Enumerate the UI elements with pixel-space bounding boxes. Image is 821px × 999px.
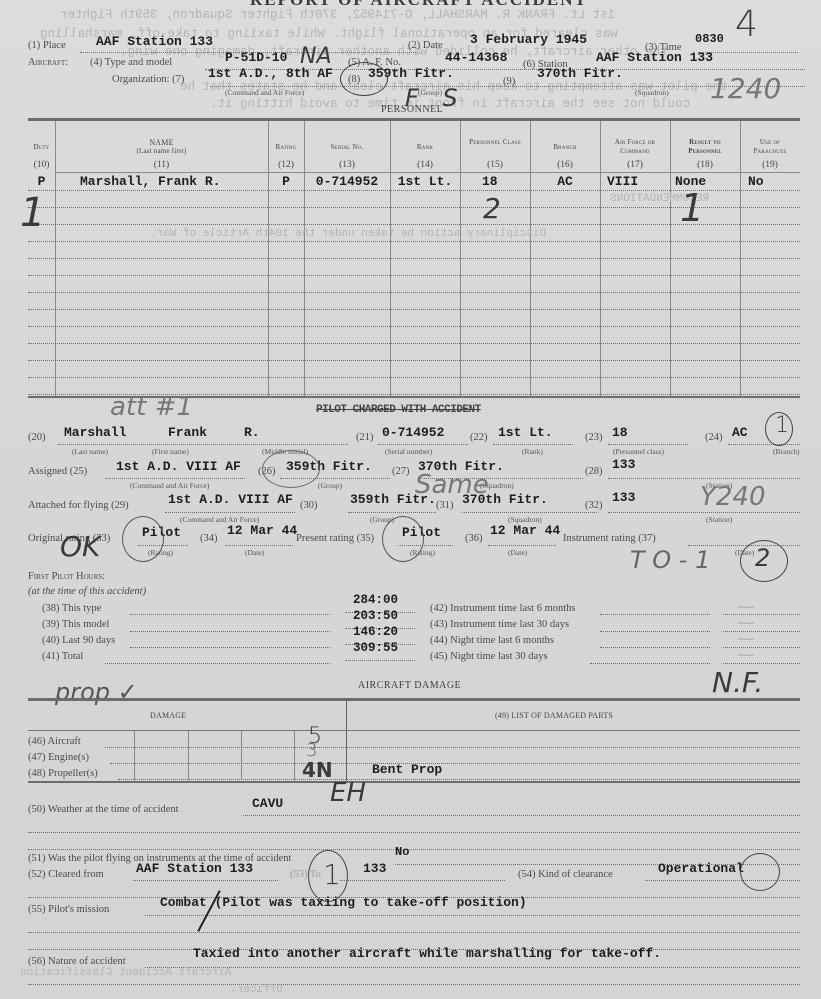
col-personnel-class: Personnel Class xyxy=(465,138,525,147)
organization-label: Organization: (7) xyxy=(112,74,184,85)
col-num: (17) xyxy=(600,160,670,170)
handwritten-rating-circle xyxy=(122,516,164,562)
place-label: (1) Place xyxy=(28,40,66,51)
caption-date: (Date) xyxy=(508,548,527,557)
present-rating-date: 12 Mar 44 xyxy=(490,523,560,538)
pilot-class: 18 xyxy=(612,425,628,440)
attached-label: Attached for flying (29) xyxy=(28,500,129,511)
attached-group: 359th Fitr. xyxy=(350,492,436,507)
col-num: (19) xyxy=(740,160,800,170)
pilot-branch: AC xyxy=(732,425,748,440)
handwritten-prop: prop ✓ xyxy=(55,678,138,706)
col-num: (10) xyxy=(28,160,55,170)
caption-branch: (Branch) xyxy=(773,447,800,456)
cell-name: Marshall, Frank R. xyxy=(80,174,220,189)
handwritten-ok: OK xyxy=(60,530,100,563)
squadron-label: (9) xyxy=(503,76,515,87)
bleed-line: Aircraft Accident Classification xyxy=(20,967,231,979)
caption-date: (Date) xyxy=(245,548,264,557)
nature-value: Taxied into another aircraft while marsh… xyxy=(193,946,661,961)
col-name: NAME xyxy=(55,138,268,147)
assigned-station: 133 xyxy=(612,457,635,472)
handwritten-group-circle xyxy=(340,62,388,96)
assigned-squadron-label: (27) xyxy=(392,466,410,477)
col-duty: Duty xyxy=(28,143,55,152)
cell-duty: P xyxy=(28,174,55,189)
time-value: 0830 xyxy=(695,32,724,46)
present-rating-label: Present rating (35) xyxy=(296,533,374,544)
assigned-label: Assigned (25) xyxy=(28,466,87,477)
cell-serial: 0-714952 xyxy=(304,174,390,189)
hours-label: (39) This model xyxy=(42,619,109,630)
squadron-caption: (Squadron) xyxy=(635,88,669,97)
weather-value: CAVU xyxy=(252,796,283,811)
handwritten-2: 2 xyxy=(755,544,770,572)
original-date-label: (34) xyxy=(200,533,218,544)
attached-squadron: 370th Fitr. xyxy=(462,492,548,507)
handwritten-branch-mark: 1 xyxy=(775,413,789,438)
hours-title: First Pilot Hours: xyxy=(28,571,105,582)
col-branch: Branch xyxy=(530,143,600,152)
weather-label: (50) Weather at the time of accident xyxy=(28,804,179,815)
cleared-from-label: (52) Cleared from xyxy=(28,869,104,880)
af-number-value: 44-14368 xyxy=(445,50,507,65)
pilot-rank: 1st Lt. xyxy=(498,425,553,440)
attached-group-label: (30) xyxy=(300,500,318,511)
cell-branch: AC xyxy=(530,174,600,189)
damage-row-label: (47) Engine(s) xyxy=(28,752,89,763)
hours-label: (45) Night time last 30 days xyxy=(430,651,548,662)
branch-label: (24) xyxy=(705,432,723,443)
hours-subtitle: (at the time of this accident) xyxy=(28,586,146,597)
handwritten-code: 1240 xyxy=(710,72,781,105)
serial-label: (21) xyxy=(356,432,374,443)
damage-section-title: AIRCRAFT DAMAGE xyxy=(358,680,461,691)
pilot-section-title: PILOT CHARGED WITH ACCIDENT xyxy=(316,404,481,416)
type-model-label: (4) Type and model xyxy=(90,57,172,68)
squadron-value: 370th Fitr. xyxy=(537,66,623,81)
aircraft-label: Aircraft: xyxy=(28,57,68,68)
pilot-last-name: Marshall xyxy=(64,425,126,440)
hours-value: 309:55 xyxy=(353,641,398,655)
handwritten-class-mark: 2 xyxy=(483,192,501,225)
personnel-top-rule xyxy=(28,118,800,121)
organization-value: 1st A.D., 8th AF xyxy=(208,66,333,81)
clearance-label: (54) Kind of clearance xyxy=(518,869,613,880)
bleed-line: Officer. xyxy=(230,984,283,996)
damage-row-label: (46) Aircraft xyxy=(28,736,81,747)
cell-parachute: No xyxy=(748,174,764,189)
damage-top-rule xyxy=(28,698,800,701)
col-air-force: Air Force or Command xyxy=(602,138,668,156)
handwritten-weather-mark: EH xyxy=(330,778,366,808)
handwritten-duty-mark: 1 xyxy=(20,190,45,236)
handwritten-group-circle xyxy=(262,450,320,488)
col-parachute: Use of Parachute xyxy=(745,138,795,156)
pilot-row-label: (20) xyxy=(28,432,46,443)
handwritten-to-mark: 1 xyxy=(323,858,341,891)
hours-label: (42) Instrument time last 6 months xyxy=(430,603,576,614)
handwritten-damage-mark: 4N xyxy=(302,758,333,782)
col-num: (14) xyxy=(390,160,460,170)
handwritten-att-note: att #1 xyxy=(110,392,193,422)
col-serial: Serial No. xyxy=(304,143,390,152)
hours-value: 146:20 xyxy=(353,625,398,639)
caption-first-name: (First name) xyxy=(152,447,189,456)
damaged-parts-header: (49) LIST OF DAMAGED PARTS xyxy=(495,711,613,720)
col-num: (12) xyxy=(268,160,304,170)
instrument-rating-label: Instrument rating (37) xyxy=(563,533,656,544)
hours-label: (41) Total xyxy=(42,651,83,662)
personnel-section-title: PERSONNEL xyxy=(381,104,443,115)
cell-rank: 1st Lt. xyxy=(390,174,460,189)
date-value: 3 February 1945 xyxy=(470,32,587,47)
col-result: Result to Personnel xyxy=(672,138,738,156)
caption-station: (Station) xyxy=(706,515,732,524)
cell-rating: P xyxy=(268,174,304,189)
caption-class: (Personnel class) xyxy=(613,447,664,456)
caption-rank: (Rank) xyxy=(522,447,543,456)
damage-header: DAMAGE xyxy=(150,711,186,720)
col-num: (11) xyxy=(55,160,268,170)
original-rating-date: 12 Mar 44 xyxy=(227,523,297,538)
class-label: (23) xyxy=(585,432,603,443)
type-model-value: P-51D-10 xyxy=(225,50,287,65)
hours-value: 203:50 xyxy=(353,609,398,623)
cleared-from-value: AAF Station 133 xyxy=(136,861,253,876)
attached-station: 133 xyxy=(612,490,635,505)
col-rank: Rank xyxy=(390,143,460,152)
to-value: 133 xyxy=(363,861,386,876)
date-label: (2) Date xyxy=(408,40,443,51)
handwritten-rating-circle xyxy=(382,516,424,562)
rank-label: (22) xyxy=(470,432,488,443)
pilot-first-name: Frank xyxy=(168,425,207,440)
pilot-serial: 0-714952 xyxy=(382,425,444,440)
col-rating: Rating xyxy=(268,143,304,152)
hours-value: — xyxy=(738,646,754,664)
assigned-station-label: (28) xyxy=(585,466,603,477)
caption-last-name: (Last name) xyxy=(72,447,108,456)
station-value: AAF Station 133 xyxy=(596,50,713,65)
col-num: (13) xyxy=(304,160,390,170)
handwritten-to-1: T O - 1 xyxy=(630,546,710,574)
attached-squadron-label: (31) xyxy=(436,500,454,511)
bleed-line: Disciplinary action be taken under the 1… xyxy=(150,228,546,240)
col-num: (16) xyxy=(530,160,600,170)
accident-report-page: REPORT OF AIRCRAFT ACCIDENT 1st Lt. FRAN… xyxy=(0,0,821,999)
mission-label: (55) Pilot's mission xyxy=(28,904,109,915)
caption-serial: (Serial number) xyxy=(385,447,432,456)
attached-command: 1st A.D. VIII AF xyxy=(168,492,293,507)
place-value: AAF Station 133 xyxy=(96,34,213,49)
assigned-command: 1st A.D. VIII AF xyxy=(116,459,241,474)
clearance-value: Operational xyxy=(658,861,744,876)
cell-command: VIII xyxy=(607,174,638,189)
handwritten-station-code: Y240 xyxy=(700,482,766,512)
cell-class: 18 xyxy=(482,174,498,189)
hours-label: (40) Last 90 days xyxy=(42,635,115,646)
handwritten-time-mark: 4 xyxy=(735,4,758,45)
nature-label: (56) Nature of accident xyxy=(28,956,126,967)
handwritten-result-mark: 1 xyxy=(680,186,704,230)
caption-command: (Command and Air Force) xyxy=(130,481,209,490)
attached-station-label: (32) xyxy=(585,500,603,511)
col-num: (18) xyxy=(670,160,740,170)
hours-value: 284:00 xyxy=(353,593,398,607)
col-name-sub: (Last name first) xyxy=(55,147,268,156)
col-num: (15) xyxy=(460,160,530,170)
instruments-value: No xyxy=(395,845,409,859)
organization-caption: (Command and Air Force) xyxy=(225,88,304,97)
hours-label: (44) Night time last 6 months xyxy=(430,635,554,646)
hours-label: (43) Instrument time last 30 days xyxy=(430,619,569,630)
handwritten-nf: N.F. xyxy=(712,666,763,699)
caption-group: (Group) xyxy=(318,481,342,490)
damage-row-label: (48) Propeller(s) xyxy=(28,768,98,779)
damaged-part: Bent Prop xyxy=(372,762,442,777)
hours-label: (38) This type xyxy=(42,603,101,614)
present-date-label: (36) xyxy=(465,533,483,544)
bleed-line: 1st Lt. FRANK R. MARSHALL, O-714952, 370… xyxy=(60,8,615,22)
handwritten-clearance-circle xyxy=(740,853,780,891)
pilot-middle-initial: R. xyxy=(244,425,260,440)
